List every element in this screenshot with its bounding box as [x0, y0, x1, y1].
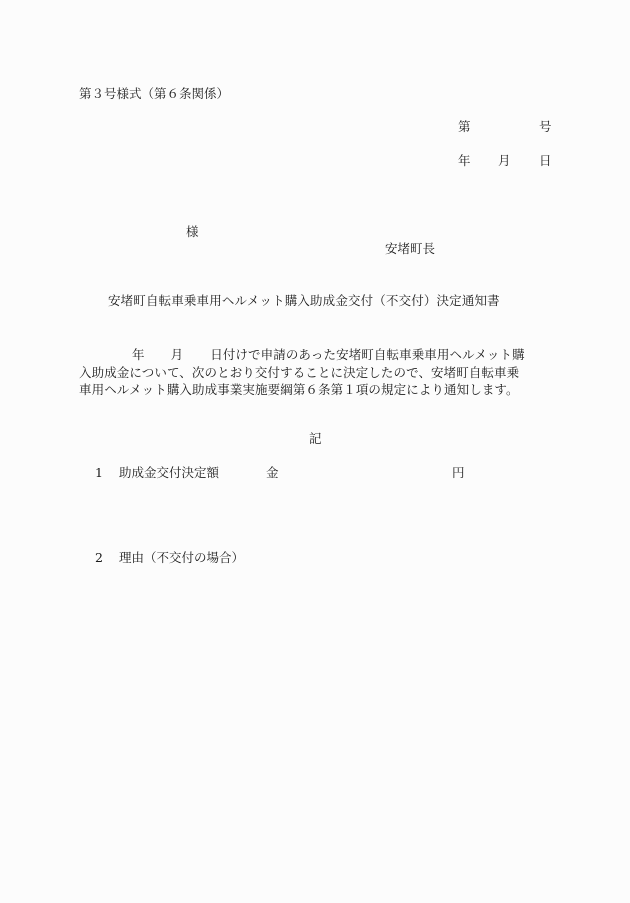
- item-2-label: 理由（不交付の場合）: [119, 552, 244, 565]
- item-1-amount-suffix: 円: [452, 467, 465, 480]
- body-line-2: 入助成金について、次のとおり交付することに決定したので、安堵町自転車乗: [79, 364, 554, 382]
- body-paragraph: 年月日付けで申請のあった安堵町自転車乗車用ヘルメット購 入助成金について、次のと…: [79, 346, 554, 399]
- issue-date: 年 月 日: [458, 155, 551, 169]
- body-line-1: 年月日付けで申請のあった安堵町自転車乗車用ヘルメット購: [79, 346, 554, 364]
- body-line-3: 車用ヘルメット購入助成事業実施要綱第６条第１項の規定により通知します。: [79, 381, 554, 399]
- date-month: 月: [498, 155, 511, 168]
- date-year: 年: [458, 155, 471, 168]
- item-1-number: 1: [95, 467, 103, 480]
- document-number-suffix: 号: [539, 121, 552, 134]
- body-line-1-text: 日付けで申請のあった安堵町自転車乗車用ヘルメット購: [210, 347, 525, 362]
- item-1-amount-prefix: 金: [266, 467, 279, 480]
- body-year: 年: [132, 347, 145, 362]
- item-1-label: 助成金交付決定額: [119, 467, 219, 480]
- item-2-number: 2: [95, 552, 103, 565]
- body-month: 月: [171, 347, 184, 362]
- issuer-name: 安堵町長: [385, 243, 435, 256]
- recipient-suffix: 様: [186, 226, 199, 239]
- ki-heading: 記: [309, 433, 322, 446]
- date-day: 日: [539, 155, 552, 168]
- document-title: 安堵町自転車乗車用ヘルメット購入助成金交付（不交付）決定通知書: [108, 295, 500, 308]
- form-id: 第３号様式（第６条関係）: [79, 88, 229, 101]
- document-number-prefix: 第: [458, 121, 471, 134]
